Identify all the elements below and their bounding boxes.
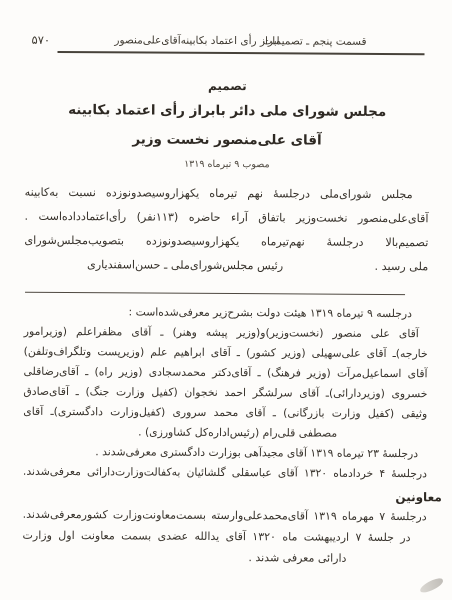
cabinet-member-line: مصطفی قلی‌رام (رئیس‌اداره‌کل کشاورزی) .	[23, 422, 427, 444]
cabinet-note-1320: درجلسهٔ ۴ خردادماه ۱۳۲۰ آقای عباسقلی گلش…	[23, 462, 427, 484]
deputies-line: درجلسهٔ ۷ مهرماه ۱۳۱۹ آقای‌محمدعلی‌وارست…	[23, 504, 427, 527]
decision-kicker: تصمیم	[25, 77, 429, 95]
decision-title-line2: آقای علی‌منصور نخست وزیر	[25, 130, 429, 150]
document-page: قسمت پنجم ـ تصمیمات ابراز رأی اعتماد بکا…	[0, 0, 452, 600]
cabinet-intro: درجلسه ۹ تیرماه ۱۳۱۹ هیئت دولت بشرح‌زیر …	[24, 302, 428, 324]
decision-title-line1: مجلس شورای ملی دائر بابراز رأی اعتماد بک…	[25, 101, 429, 121]
cabinet-member-line: وثیقی (کفیل وزارت بازرگانی) ـ آقای محمد …	[23, 402, 427, 424]
deputies-section: معاونین درجلسهٔ ۷ مهرماه ۱۳۱۹ آقای‌محمدع…	[22, 486, 426, 569]
page-content: قسمت پنجم ـ تصمیمات ابراز رأی اعتماد بکا…	[0, 0, 452, 600]
closing-line: ملی رسید .	[374, 260, 428, 273]
cabinet-note-1319: درجلسهٔ ۲۳ تیرماه ۱۳۱۹ آقای مجیدآهی بوزا…	[23, 442, 427, 464]
closing-and-signature-row: ملی رسید . رئیس مجلس‌شورای‌ملی ـ حسن‌اسف…	[24, 253, 428, 279]
title-block: تصمیم مجلس شورای ملی دائر بابراز رأی اعت…	[25, 77, 430, 173]
cabinet-section: درجلسه ۹ تیرماه ۱۳۱۹ هیئت دولت بشرح‌زیر …	[23, 302, 428, 484]
header-rule	[58, 51, 425, 55]
approval-date: مصوب ۹ تیرماه ۱۳۱۹	[25, 157, 429, 173]
decision-line: مجلس شورای‌ملی درجلسهٔ نهم تیرماه یکهزار…	[25, 181, 429, 207]
header-document-label: ابراز رأی اعتماد بکابینه‌آقای‌علی‌منصور	[114, 34, 279, 47]
header-page-number: ۵۷۰	[32, 33, 51, 47]
cabinet-member-line: آقای اسماعیل‌مرآت (وزیر فرهنگ) ـ آقای‌دک…	[23, 362, 427, 384]
deputies-line: در جلسهٔ ۷ اردیبهشت ماه ۱۳۲۰ آقای یدالله…	[22, 525, 426, 548]
speaker-signature: رئیس مجلس‌شورای‌ملی ـ حسن‌اسفندیاری	[87, 253, 283, 278]
decision-body: مجلس شورای‌ملی درجلسهٔ نهم تیرماه یکهزار…	[24, 181, 429, 279]
cabinet-member-line: خارجه)ـ آقای علی‌سهیلی (وزیر کشور) ـ آقا…	[24, 342, 428, 364]
decision-line: تصمیم‌بالا درجلسهٔ نهم‌تیرماه یکهزاروسیص…	[24, 229, 428, 255]
cabinet-member-line: خسروی (وزیردارائی)ـ آقای سرلشگر احمد نخج…	[23, 382, 427, 404]
decision-line: آقای‌علی‌منصور نخست‌وزیر باتفاق آراء حاض…	[24, 205, 428, 231]
cabinet-member-line: آقای علی منصور (نخست‌وزیر)و(وزیر پیشه وه…	[24, 322, 428, 344]
deputies-line: دارائی معرفی شدند .	[22, 546, 426, 569]
section-divider	[25, 292, 405, 295]
